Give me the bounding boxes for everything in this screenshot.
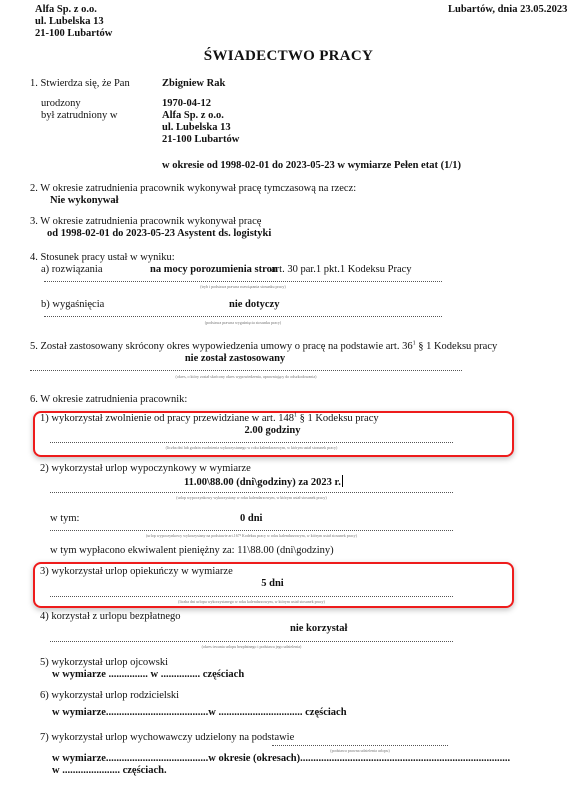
s6-i7-label: 7) wykorzystał urlop wychowawczy udzielo… [40, 732, 294, 743]
employer-city: 21-100 Lubartów [35, 28, 112, 39]
s4a-dotted-line [44, 281, 442, 282]
s6-i5-line: w wymiarze ............... w ...........… [52, 669, 244, 680]
s6-i7-line1: w wymiarze..............................… [52, 753, 510, 764]
s5-caption: (okres, o który został skrócony okres wy… [30, 374, 462, 379]
s4b-value: nie dotyczy [229, 299, 279, 310]
s6-i3-dotted-line [50, 596, 453, 597]
text-cursor [342, 475, 343, 487]
employer-line-2: ul. Lubelska 13 [162, 122, 231, 133]
s3-label: 3. W okresie zatrudnienia pracownik wyko… [30, 216, 261, 227]
page-title: ŚWIADECTWO PRACY [0, 48, 577, 65]
employer-street: ul. Lubelska 13 [35, 16, 104, 27]
employer-line-1: Alfa Sp. z o.o. [162, 110, 224, 121]
s6-i2-wtym-label: w tym: [50, 513, 79, 524]
s6-i2-wtym-value: 0 dni [240, 513, 262, 524]
employer-line-3: 21-100 Lubartów [162, 134, 239, 145]
born-label: urodzony [41, 98, 81, 109]
place-date: Lubartów, dnia 23.05.2023 [448, 4, 567, 15]
employed-label: był zatrudniony w [41, 110, 117, 121]
s6-i3-value: 5 dni [0, 578, 545, 589]
s6-i1-value: 2.00 godziny [0, 425, 545, 436]
s4a-caption: (tryb i podstawa prawna rozwiązania stos… [44, 284, 442, 289]
s5-dotted-line [30, 370, 462, 371]
s4-label: 4. Stosunek pracy ustał w wyniku: [30, 252, 175, 263]
s6-i1-label-post: § 1 Kodeksu pracy [297, 413, 379, 424]
s4b-dotted-line [44, 316, 442, 317]
s1-label: 1. Stwierdza się, że Pan [30, 78, 130, 89]
s6-i2-wtym-dotted-line [50, 530, 453, 531]
s4b-caption: (podstawa prawna wygaśnięcia stosunku pr… [44, 320, 442, 325]
born-value: 1970-04-12 [162, 98, 211, 109]
s6-i4-label: 4) korzystał z urlopu bezpłatnego [40, 611, 181, 622]
s6-i1-caption: (liczba dni lub godzin zwolnienia wykorz… [50, 445, 453, 450]
s6-i2-label: 2) wykorzystał urlop wypoczynkowy w wymi… [40, 463, 251, 474]
s5-label-text: 5. Został zastosowany skrócony okres wyp… [30, 341, 413, 352]
s6-i4-dotted-line [50, 641, 453, 642]
s3-value: od 1998-02-01 do 2023-05-23 Asystent ds.… [47, 228, 271, 239]
s2-value: Nie wykonywał [50, 195, 119, 206]
s6-i4-caption: (okres trwania urlopu bezpłatnego i pods… [50, 644, 453, 649]
s6-i7-basis-dotted-line [272, 745, 448, 746]
s6-label: 6. W okresie zatrudnienia pracownik: [30, 394, 187, 405]
employer-name: Alfa Sp. z o.o. [35, 4, 97, 15]
s6-i6-label: 6) wykorzystał urlop rodzicielski [40, 690, 179, 701]
s6-i2-caption: (urlop wypoczynkowy wykorzystany w roku … [50, 495, 453, 500]
employee-name: Zbigniew Rak [162, 78, 225, 89]
s6-i1-dotted-line [50, 442, 453, 443]
s6-i6-line: w wymiarze..............................… [52, 707, 347, 718]
s6-i2-ekwiwalent: w tym wypłacono ekwiwalent pieniężny za:… [50, 545, 334, 556]
s6-i7-line2: w ...................... częściach. [52, 765, 167, 776]
s5-value: nie został zastosowany [0, 353, 470, 364]
s6-i2-dotted-line [50, 492, 453, 493]
s6-i1-label: 1) wykorzystał zwolnienie od pracy przew… [40, 413, 379, 424]
s5-label: 5. Został zastosowany skrócony okres wyp… [30, 341, 497, 352]
s6-i2-wtym-caption: (urlop wypoczynkowy wykorzystany na pods… [50, 533, 453, 538]
s4a-basis: art. 30 par.1 pkt.1 Kodeksu Pracy [271, 264, 412, 275]
s6-i3-label: 3) wykorzystał urlop opiekuńczy w wymiar… [40, 566, 233, 577]
s6-i2-value-text[interactable]: 11.00\88.00 (dni\godziny) za 2023 r. [184, 477, 341, 488]
s6-i1-label-text: 1) wykorzystał zwolnienie od pracy przew… [40, 413, 294, 424]
employment-period: w okresie od 1998-02-01 do 2023-05-23 w … [162, 160, 461, 171]
s4a-value: na mocy porozumienia stron [150, 264, 278, 275]
s5-label-post: § 1 Kodeksu pracy [416, 341, 498, 352]
s6-i4-value: nie korzystał [290, 623, 347, 634]
s6-i5-label: 5) wykorzystał urlop ojcowski [40, 657, 168, 668]
s2-label: 2. W okresie zatrudnienia pracownik wyko… [30, 183, 356, 194]
s6-i3-caption: (liczba dni urlopu wykorzystanego w roku… [50, 599, 453, 604]
s4a-label: a) rozwiązania [41, 264, 103, 275]
s4b-label: b) wygaśnięcia [41, 299, 104, 310]
s6-i2-value[interactable]: 11.00\88.00 (dni\godziny) za 2023 r. [184, 475, 343, 488]
